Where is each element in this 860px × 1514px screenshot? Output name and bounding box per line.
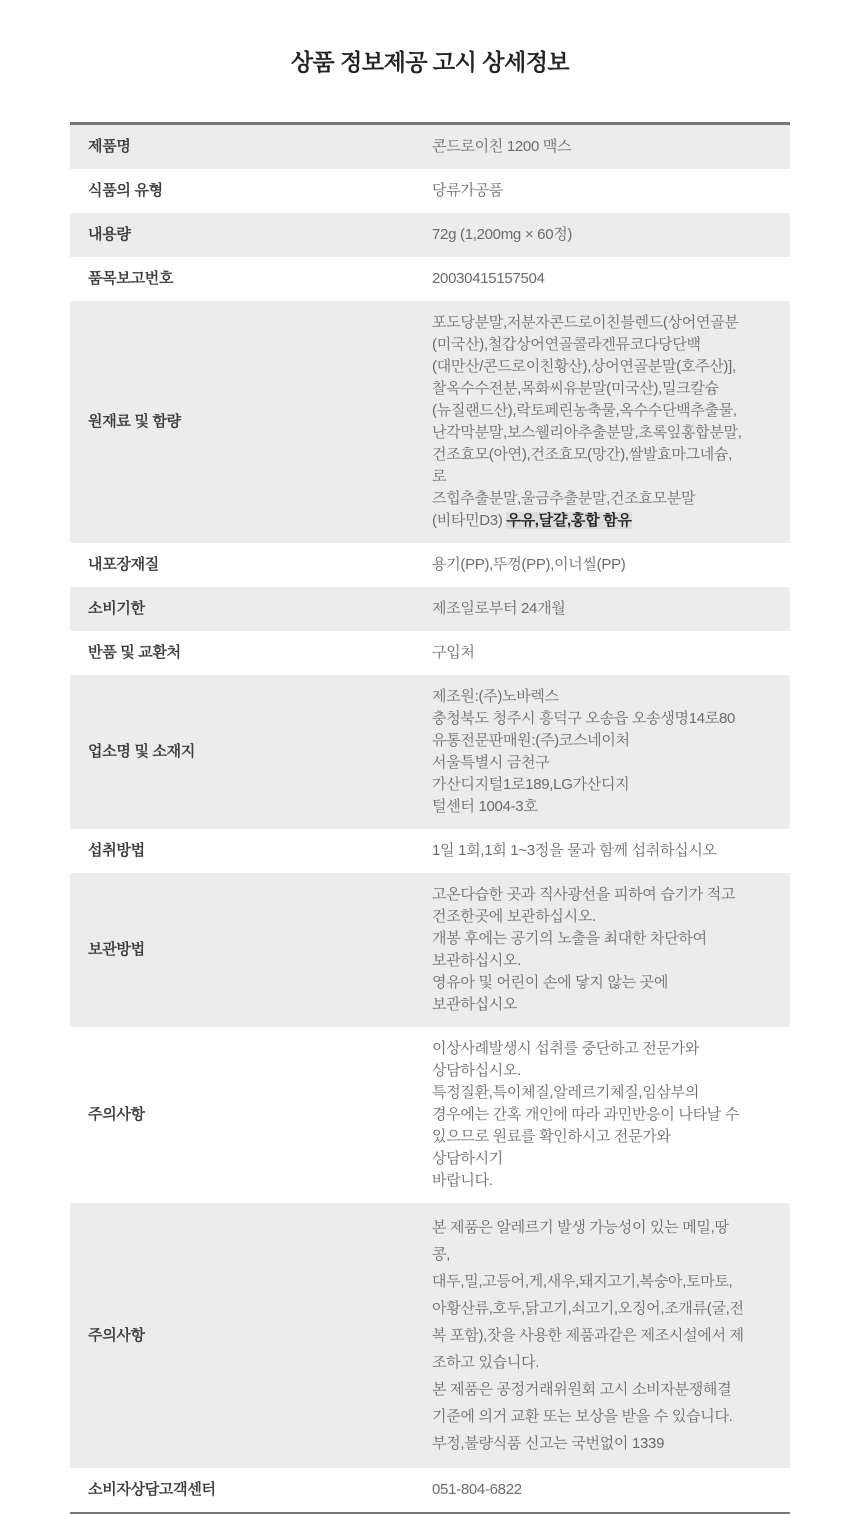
row-label: 식품의 유형	[70, 169, 432, 213]
row-label: 품목보고번호	[70, 257, 432, 301]
row-label: 보관방법	[70, 928, 432, 972]
row-value: 당류가공품	[432, 169, 790, 213]
row-label: 소비기한	[70, 587, 432, 631]
row-value: 포도당분말,저분자콘드로이친블렌드(상어연골분 (미국산),철갑상어연골콜라겐뮤…	[432, 301, 790, 543]
row-value: 용기(PP),뚜껑(PP),이너씰(PP)	[432, 543, 790, 587]
row-label: 내포장재질	[70, 543, 432, 587]
product-info-page: 상품 정보제공 고시 상세정보 제품명 콘드로이친 1200 맥스 식품의 유형…	[0, 0, 860, 1514]
row-value: 본 제품은 알레르기 발생 가능성이 있는 메밀,땅 콩, 대두,밀,고등어,게…	[432, 1203, 790, 1468]
table-row: 식품의 유형 당류가공품	[70, 169, 790, 213]
row-value: 이상사례발생시 섭취를 중단하고 전문가와 상담하십시오. 특정질환,특이체질,…	[432, 1027, 790, 1203]
table-row: 내용량 72g (1,200mg × 60정)	[70, 213, 790, 257]
table-row: 품목보고번호 20030415157504	[70, 257, 790, 301]
row-label: 내용량	[70, 213, 432, 257]
table-row-caution-2: 주의사항 본 제품은 알레르기 발생 가능성이 있는 메밀,땅 콩, 대두,밀,…	[70, 1203, 790, 1468]
row-value: 제조원:(주)노바렉스 충청북도 청주시 흥덕구 오송읍 오송생명14로80 유…	[432, 675, 790, 829]
row-value: 콘드로이친 1200 맥스	[432, 125, 790, 169]
row-value: 제조일로부터 24개월	[432, 587, 790, 631]
row-label: 섭취방법	[70, 829, 432, 873]
row-value: 20030415157504	[432, 257, 790, 301]
row-value: 구입처	[432, 631, 790, 675]
row-value: 051-804-6822	[432, 1468, 790, 1512]
row-value: 72g (1,200mg × 60정)	[432, 213, 790, 257]
table-row: 섭취방법 1일 1회,1회 1~3정을 물과 함께 섭취하십시오	[70, 829, 790, 873]
row-value: 고온다습한 곳과 직사광선을 피하여 습기가 적고 건조한곳에 보관하십시오. …	[432, 873, 790, 1027]
row-label: 주의사항	[70, 1314, 432, 1358]
table-row: 반품 및 교환처 구입처	[70, 631, 790, 675]
allergen-highlight: 우유,달걀,홍합 함유	[506, 512, 631, 529]
table-row-storage: 보관방법 고온다습한 곳과 직사광선을 피하여 습기가 적고 건조한곳에 보관하…	[70, 873, 790, 1027]
table-row: 소비기한 제조일로부터 24개월	[70, 587, 790, 631]
row-label: 업소명 및 소재지	[70, 730, 432, 774]
row-label: 반품 및 교환처	[70, 631, 432, 675]
row-label: 소비자상담고객센터	[70, 1468, 432, 1512]
product-info-table: 제품명 콘드로이친 1200 맥스 식품의 유형 당류가공품 내용량 72g (…	[70, 122, 790, 1514]
page-title: 상품 정보제공 고시 상세정보	[0, 0, 860, 77]
row-label: 원재료 및 함량	[70, 400, 432, 444]
table-row: 소비자상담고객센터 051-804-6822	[70, 1468, 790, 1512]
ingredients-text: 포도당분말,저분자콘드로이친블렌드(상어연골분 (미국산),철갑상어연골콜라겐뮤…	[432, 314, 742, 529]
row-value: 1일 1회,1회 1~3정을 물과 함께 섭취하십시오	[432, 829, 790, 873]
table-row-company: 업소명 및 소재지 제조원:(주)노바렉스 충청북도 청주시 흥덕구 오송읍 오…	[70, 675, 790, 829]
row-label: 주의사항	[70, 1093, 432, 1137]
table-row: 제품명 콘드로이친 1200 맥스	[70, 125, 790, 169]
table-row: 내포장재질 용기(PP),뚜껑(PP),이너씰(PP)	[70, 543, 790, 587]
table-row-caution-1: 주의사항 이상사례발생시 섭취를 중단하고 전문가와 상담하십시오. 특정질환,…	[70, 1027, 790, 1203]
row-label: 제품명	[70, 125, 432, 169]
table-row-ingredients: 원재료 및 함량 포도당분말,저분자콘드로이친블렌드(상어연골분 (미국산),철…	[70, 301, 790, 543]
